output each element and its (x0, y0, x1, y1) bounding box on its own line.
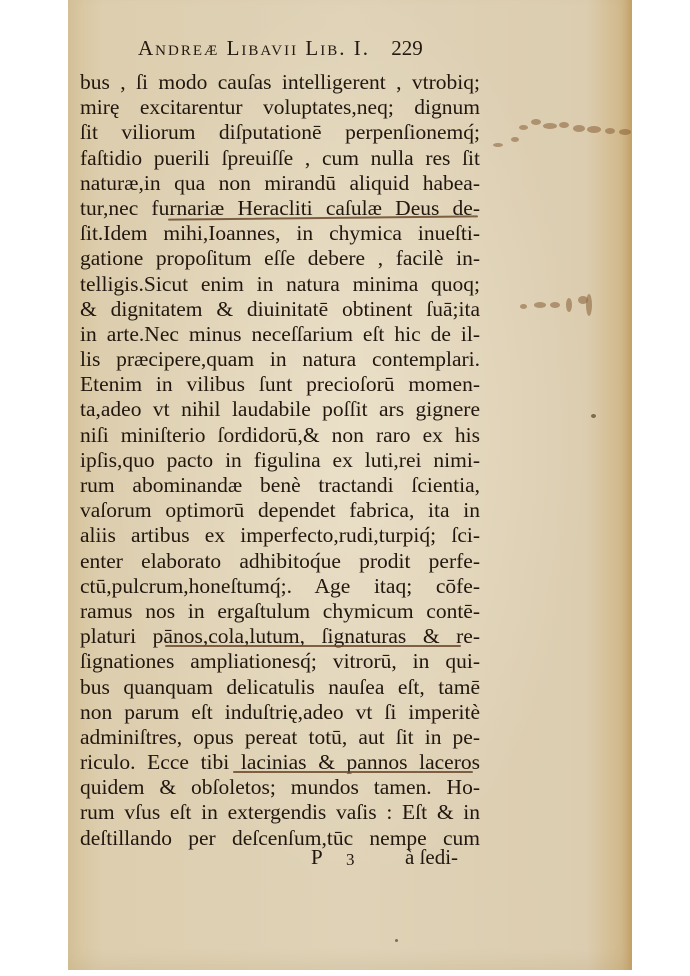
text-line: ctū,pulcrum,honeſtumq́;. Age itaq; cōfe- (80, 574, 480, 599)
running-head-book: Lib. I. (305, 36, 370, 60)
text-line: bus quanquam delicatulis nauſea eſt, tam… (80, 675, 480, 700)
text-line: adminiſtres, opus pereat totū, aut ſit i… (80, 725, 480, 750)
text-line: & dignitatem & diuinitatē obtinent ſuā;i… (80, 297, 480, 322)
text-line: ſignationes ampliationesq́; vitrorū, in … (80, 649, 480, 674)
text-line: in arte.Nec minus neceſſarium eſt hic de… (80, 322, 480, 347)
page-number: 229 (391, 36, 423, 60)
running-head-author: Andreæ Libavii (138, 36, 298, 60)
underline-annotation (233, 771, 473, 773)
text-line: mirę excitarentur voluptates,neq; dignum (80, 95, 480, 120)
paper-speck (591, 414, 596, 418)
text-line: gatione propoſitum eſſe debere , facilè … (80, 246, 480, 271)
text-line: rum abominandæ benè tractandi ſcientia, (80, 473, 480, 498)
text-line: faſtidio puerili ſpreuiſſe , cum nulla r… (80, 146, 480, 171)
signature-mark: P (311, 845, 323, 870)
ink-stain-lower (520, 290, 640, 320)
text-line: ipſis,quo pacto in figulina ex luti,rei … (80, 448, 480, 473)
text-line: ramus nos in ergaſtulum chymicum contē- (80, 599, 480, 624)
catchword: à ſedi- (405, 845, 458, 870)
text-line: ta,adeo vt nihil laudabile poſſit ars gi… (80, 397, 480, 422)
body-text: bus , ſi modo cauſas intelligerent , vtr… (80, 70, 480, 851)
paper-speck (395, 939, 398, 942)
text-line: rum vſus eſt in extergendis vaſis : Eſt … (80, 800, 480, 825)
text-line: Etenim in vilibus ſunt precioſorū momen- (80, 372, 480, 397)
text-line: naturæ,in qua non mirandū aliquid habea- (80, 171, 480, 196)
running-head: Andreæ Libavii Lib. I. 229 (138, 36, 423, 61)
text-line: quidem & obſoletos; mundos tamen. Ho- (80, 775, 480, 800)
text-line: telligis.Sicut enim in natura minima quo… (80, 272, 480, 297)
signature-number: 3 (346, 850, 355, 870)
text-line: enter elaborato adhibitoq́ue prodit perf… (80, 549, 480, 574)
text-line: aliis artibus ex imperfecto,rudi,turpiq́… (80, 523, 480, 548)
text-line: ſit viliorum diſputationē perpenſionemq́… (80, 120, 480, 145)
text-line: lis præcipere,quam in natura contemplari… (80, 347, 480, 372)
ink-stain-upper (515, 117, 645, 157)
text-line: bus , ſi modo cauſas intelligerent , vtr… (80, 70, 480, 95)
text-line: vaſorum optimorū dependet fabrica, ita i… (80, 498, 480, 523)
underline-annotation (165, 645, 461, 647)
text-line: ſit.Idem mihi,Ioannes, in chymica inueſt… (80, 221, 480, 246)
text-line: niſi miniſterio ſordidorū,& non raro ex … (80, 423, 480, 448)
left-crop-shadow (0, 0, 68, 976)
text-line: non parum eſt induſtrię,adeo vt ſi imper… (80, 700, 480, 725)
